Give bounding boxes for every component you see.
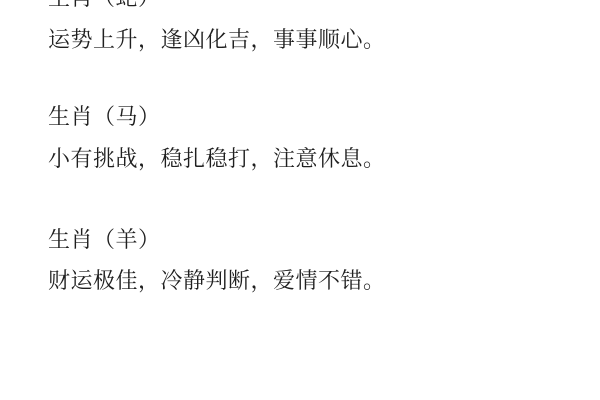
entry-text-snake: 运势上升，逢凶化吉，事事顺心。 — [48, 26, 386, 56]
entry-heading-snake: 生肖（蛇） — [48, 0, 161, 14]
horoscope-document: 生肖（蛇） 运势上升，逢凶化吉，事事顺心。 生肖（马） 小有挑战，稳扎稳打，注意… — [0, 0, 600, 400]
entry-text-horse: 小有挑战，稳扎稳打，注意休息。 — [48, 145, 386, 175]
entry-text-goat: 财运极佳，冷静判断，爱情不错。 — [48, 267, 386, 297]
entry-heading-goat: 生肖（羊） — [48, 226, 161, 256]
entry-heading-horse: 生肖（马） — [48, 103, 161, 133]
